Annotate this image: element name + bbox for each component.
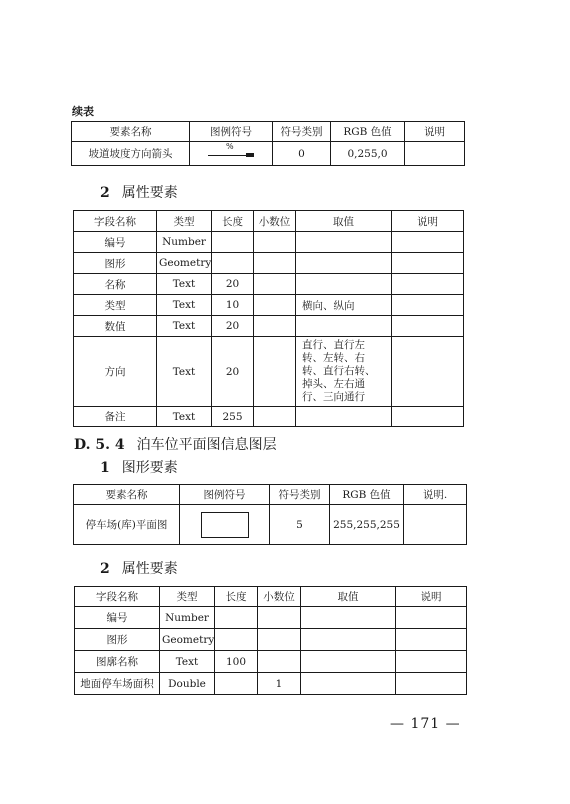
header-field-name: 字段名称 xyxy=(74,211,157,232)
cell-legend-symbol xyxy=(180,505,270,545)
cell-note xyxy=(392,232,464,253)
table-row: 名称 Text 20 xyxy=(74,274,464,295)
table-row: 图廓名称 Text 100 xyxy=(75,651,467,673)
header-type: 类型 xyxy=(157,211,212,232)
cell-decimals xyxy=(254,232,296,253)
header-element-name: 要素名称 xyxy=(74,485,180,505)
header-length: 长度 xyxy=(215,587,258,607)
cell-length: 100 xyxy=(215,651,258,673)
cell-type: Text xyxy=(157,316,212,337)
cell-field-name: 数值 xyxy=(74,316,157,337)
cell-value xyxy=(301,651,396,673)
cell-field-name: 编号 xyxy=(75,607,160,629)
header-decimals: 小数位 xyxy=(254,211,296,232)
header-note: 说明. xyxy=(404,485,467,505)
cell-decimals xyxy=(258,607,301,629)
table-row: 编号 Number xyxy=(75,607,467,629)
cell-decimals xyxy=(254,274,296,295)
header-symbol-category: 符号类别 xyxy=(273,122,331,142)
section-heading-attributes-2: 2属性要素 xyxy=(100,558,178,578)
cell-value xyxy=(296,232,392,253)
header-note: 说明 xyxy=(396,587,467,607)
cell-type: Geometry xyxy=(160,629,215,651)
cell-decimals xyxy=(254,407,296,427)
graphic-elements-table-continued: 要素名称 图例符号 符号类别 RGB 色值 说明 坡道坡度方向箭头 % 0 0,… xyxy=(71,121,465,166)
cell-decimals xyxy=(258,629,301,651)
cell-note xyxy=(392,295,464,316)
cell-decimals xyxy=(254,295,296,316)
section-heading-graphic-elements: 1图形要素 xyxy=(100,457,178,477)
cell-note xyxy=(396,607,467,629)
cell-type: Double xyxy=(160,673,215,695)
slope-arrow-icon: % xyxy=(208,143,254,161)
cell-length xyxy=(215,673,258,695)
cell-length xyxy=(212,232,254,253)
table-row: 地面停车场面积 Double 1 xyxy=(75,673,467,695)
cell-note xyxy=(396,629,467,651)
cell-value: 横向、纵向 xyxy=(296,295,392,316)
cell-field-name: 图形 xyxy=(75,629,160,651)
cell-value xyxy=(296,407,392,427)
cell-field-name: 备注 xyxy=(74,407,157,427)
cell-field-name: 编号 xyxy=(74,232,157,253)
cell-legend-symbol: % xyxy=(190,142,273,166)
cell-decimals xyxy=(254,253,296,274)
cell-type: Text xyxy=(157,295,212,316)
header-type: 类型 xyxy=(160,587,215,607)
header-legend-symbol: 图例符号 xyxy=(180,485,270,505)
cell-element-name: 停车场(库)平面图 xyxy=(74,505,180,545)
cell-value xyxy=(301,607,396,629)
cell-note xyxy=(405,142,465,166)
cell-note xyxy=(392,316,464,337)
header-rgb: RGB 色值 xyxy=(331,122,405,142)
cell-rgb: 255,255,255 xyxy=(330,505,404,545)
cell-rgb: 0,255,0 xyxy=(331,142,405,166)
header-value: 取值 xyxy=(301,587,396,607)
table-row: 备注 Text 255 xyxy=(74,407,464,427)
cell-value xyxy=(296,316,392,337)
table-row: 编号 Number xyxy=(74,232,464,253)
table-row: 图形 Geometry xyxy=(74,253,464,274)
continuation-label: 续表 xyxy=(72,103,94,119)
table-row: 图形 Geometry xyxy=(75,629,467,651)
cell-length: 20 xyxy=(212,274,254,295)
cell-field-name: 地面停车场面积 xyxy=(75,673,160,695)
section-heading-d54: D. 5. 4泊车位平面图信息图层 xyxy=(74,434,277,454)
cell-value xyxy=(301,629,396,651)
cell-field-name: 名称 xyxy=(74,274,157,295)
cell-type: Number xyxy=(160,607,215,629)
attribute-elements-table-1: 字段名称 类型 长度 小数位 取值 说明 编号 Number 图形 Geomet… xyxy=(73,210,464,427)
header-value: 取值 xyxy=(296,211,392,232)
header-rgb: RGB 色值 xyxy=(330,485,404,505)
percent-label: % xyxy=(226,142,234,151)
cell-length: 10 xyxy=(212,295,254,316)
cell-length: 20 xyxy=(212,316,254,337)
cell-symbol-category: 5 xyxy=(270,505,330,545)
header-field-name: 字段名称 xyxy=(75,587,160,607)
table-row: 类型 Text 10 横向、纵向 xyxy=(74,295,464,316)
cell-decimals xyxy=(258,651,301,673)
header-note: 说明 xyxy=(392,211,464,232)
cell-note xyxy=(396,673,467,695)
cell-field-name: 类型 xyxy=(74,295,157,316)
cell-decimals xyxy=(254,316,296,337)
section-heading-attributes-1: 2属性要素 xyxy=(100,182,178,202)
cell-note xyxy=(392,274,464,295)
cell-symbol-category: 0 xyxy=(273,142,331,166)
cell-length: 20 xyxy=(212,337,254,407)
cell-note xyxy=(392,407,464,427)
table-row: 坡道坡度方向箭头 % 0 0,255,0 xyxy=(72,142,465,166)
cell-field-name: 图廓名称 xyxy=(75,651,160,673)
header-note: 说明 xyxy=(405,122,465,142)
table-row: 数值 Text 20 xyxy=(74,316,464,337)
cell-decimals xyxy=(254,337,296,407)
cell-field-name: 方向 xyxy=(74,337,157,407)
header-symbol-category: 符号类别 xyxy=(270,485,330,505)
graphic-elements-table: 要素名称 图例符号 符号类别 RGB 色值 说明. 停车场(库)平面图 5 25… xyxy=(73,484,467,545)
cell-type: Text xyxy=(160,651,215,673)
header-element-name: 要素名称 xyxy=(72,122,190,142)
table-row: 方向 Text 20 直行、直行左转、左转、右转、直行右转、掉头、左右通行、三向… xyxy=(74,337,464,407)
table-row: 停车场(库)平面图 5 255,255,255 xyxy=(74,505,467,545)
header-length: 长度 xyxy=(212,211,254,232)
cell-length xyxy=(212,253,254,274)
cell-note xyxy=(404,505,467,545)
cell-type: Number xyxy=(157,232,212,253)
cell-type: Text xyxy=(157,274,212,295)
cell-value xyxy=(296,253,392,274)
cell-note xyxy=(392,337,464,407)
cell-length: 255 xyxy=(212,407,254,427)
cell-decimals: 1 xyxy=(258,673,301,695)
cell-field-name: 图形 xyxy=(74,253,157,274)
header-decimals: 小数位 xyxy=(258,587,301,607)
cell-note xyxy=(392,253,464,274)
cell-type: Geometry xyxy=(157,253,212,274)
cell-length xyxy=(215,607,258,629)
cell-note xyxy=(396,651,467,673)
attribute-elements-table-2: 字段名称 类型 长度 小数位 取值 说明 编号 Number 图形 Geomet… xyxy=(74,586,467,695)
cell-length xyxy=(215,629,258,651)
header-legend-symbol: 图例符号 xyxy=(190,122,273,142)
cell-element-name: 坡道坡度方向箭头 xyxy=(72,142,190,166)
cell-value xyxy=(301,673,396,695)
cell-type: Text xyxy=(157,407,212,427)
rectangle-icon xyxy=(201,512,249,538)
page-number: — 171 — xyxy=(390,716,461,732)
cell-value: 直行、直行左转、左转、右转、直行右转、掉头、左右通行、三向通行 xyxy=(296,337,392,407)
cell-value xyxy=(296,274,392,295)
cell-type: Text xyxy=(157,337,212,407)
